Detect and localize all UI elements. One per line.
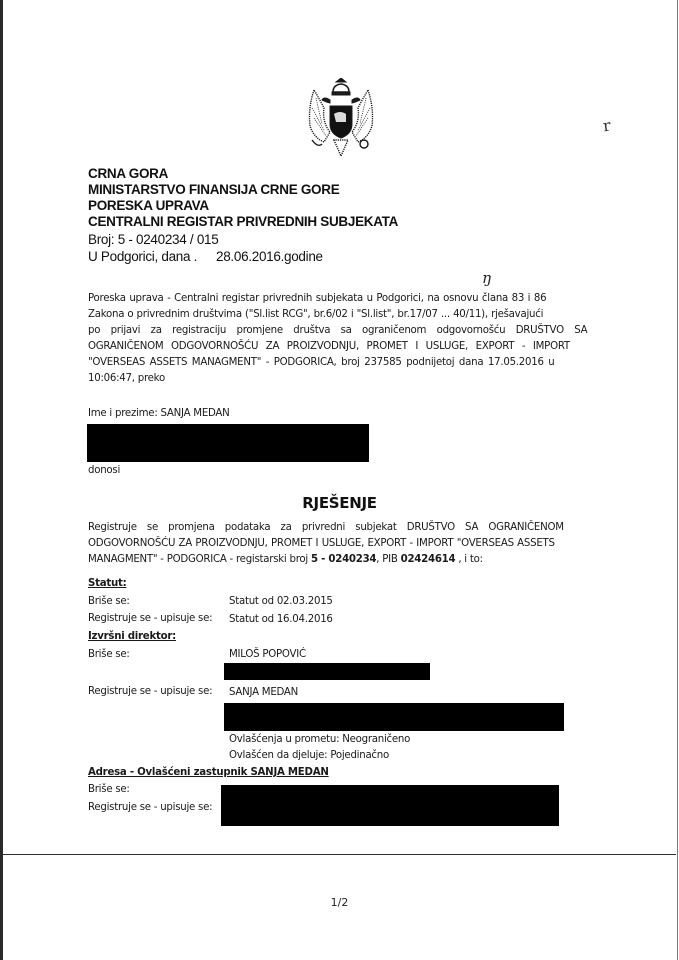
- section-director-title: Izvršni direktor:: [88, 631, 176, 642]
- scan-edge-left: [0, 0, 3, 960]
- director-acting: Ovlašćen da djeluje: Pojedinačno: [229, 750, 389, 761]
- statut-delete-value: Statut od 02.03.2015: [229, 596, 333, 607]
- redaction-block: [224, 703, 564, 731]
- decision-line: ODGOVORNOŠĆU ZA PROIZVODNJU, PROMET I US…: [88, 538, 555, 549]
- section-statut-title: Statut:: [88, 578, 126, 589]
- header-tax-administration: PORESKA UPRAVA: [88, 198, 209, 213]
- donosi-text: donosi: [88, 465, 120, 476]
- intro-line: 10:06:47, preko: [88, 373, 165, 384]
- place-date-label: U Podgorici, dana .: [88, 249, 197, 264]
- address-register-label: Registruje se - upisuje se:: [88, 802, 212, 813]
- registration-number: 5 - 0240234: [311, 554, 376, 565]
- redaction-block: [224, 663, 430, 680]
- decision-title: RJEŠENJE: [0, 494, 679, 512]
- header-ministry: MINISTARSTVO FINANSIJA CRNE GORE: [88, 182, 339, 197]
- applicant-name: SANJA MEDAN: [161, 408, 230, 419]
- handwritten-mark: r: [602, 116, 612, 136]
- intro-line: OGRANIČENOM ODGOVORNOŠĆU ZA PROIZVODNJU,…: [88, 341, 570, 352]
- representative-name: SANJA MEDAN: [250, 767, 328, 778]
- redaction-block: [87, 424, 369, 462]
- director-register-label: Registruje se - upisuje se:: [88, 686, 212, 697]
- applicant-field: Ime i prezime: SANJA MEDAN: [88, 408, 230, 419]
- director-delete-label: Briše se:: [88, 649, 130, 660]
- header-central-register: CENTRALNI REGISTAR PRIVREDNIH SUBJEKATA: [88, 214, 398, 229]
- statut-register-label: Registruje se - upisuje se:: [88, 613, 212, 624]
- coat-of-arms-icon: [300, 78, 382, 160]
- pib-number: 02424614: [401, 554, 456, 565]
- header-country: CRNA GORA: [88, 166, 168, 181]
- intro-line: "OVERSEAS ASSETS MANAGMENT" - PODGORICA,…: [88, 357, 555, 368]
- handwritten-margin-mark: ŋ: [482, 269, 492, 287]
- scan-edge-right: [677, 0, 678, 960]
- horizontal-rule: [3, 854, 676, 855]
- director-register-value: SANJA MEDAN: [229, 687, 298, 698]
- statut-delete-label: Briše se:: [88, 596, 130, 607]
- document-number: Broj: 5 - 0240234 / 015: [88, 232, 218, 247]
- intro-line: Zakona o privrednim društvima ("Sl.list …: [88, 309, 543, 320]
- intro-line: po prijavi za registraciju promjene druš…: [88, 325, 587, 336]
- page-number: 1/2: [0, 896, 679, 909]
- document-date: 28.06.2016.godine: [216, 249, 323, 264]
- director-acting-value: Pojedinačno: [330, 750, 389, 761]
- intro-line: Poreska uprava - Centralni registar priv…: [88, 293, 546, 304]
- director-authority: Ovlašćenja u prometu: Neograničeno: [229, 734, 410, 745]
- director-delete-value: MILOŠ POPOVIĆ: [229, 649, 306, 660]
- applicant-label: Ime i prezime:: [88, 408, 158, 419]
- decision-line: MANAGMENT" - PODGORICA - registarski bro…: [88, 554, 483, 565]
- section-address-title: Adresa - Ovlašćeni zastupnik SANJA MEDAN: [88, 767, 329, 778]
- director-authority-value: Neograničeno: [342, 734, 410, 745]
- statut-register-value: Statut od 16.04.2016: [229, 614, 333, 625]
- decision-line: Registruje se promjena podataka za privr…: [88, 522, 564, 533]
- address-delete-label: Briše se:: [88, 784, 130, 795]
- redaction-block: [221, 785, 559, 826]
